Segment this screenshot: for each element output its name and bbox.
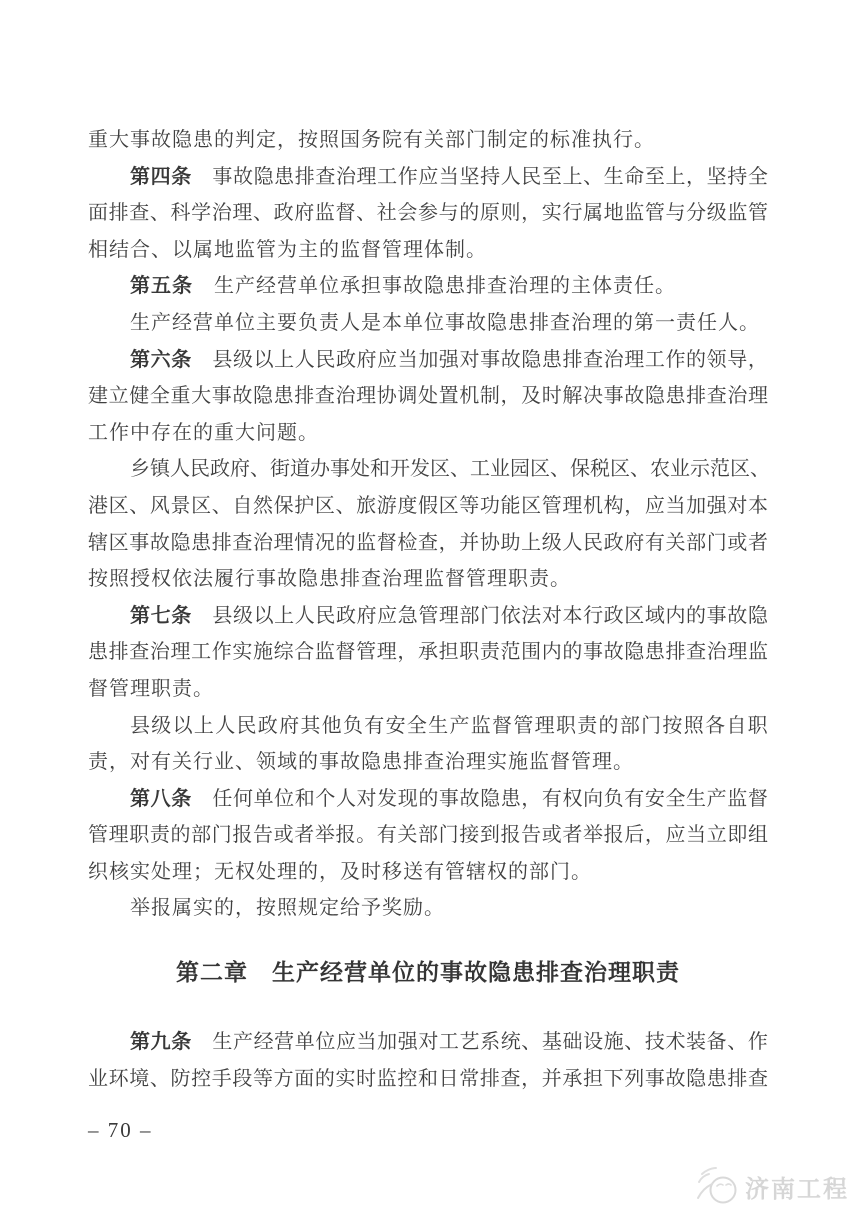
document-line: 乡镇人民政府、街道办事处和开发区、工业园区、保税区、农业示范区、 [88,451,768,488]
document-body: 重大事故隐患的判定，按照国务院有关部门制定的标准执行。第四条 事故隐患排查治理工… [88,122,768,1097]
document-line: 工作中存在的重大问题。 [88,415,768,452]
document-line: 举报属实的，按照规定给予奖励。 [88,890,768,927]
document-line: 重大事故隐患的判定，按照国务院有关部门制定的标准执行。 [88,122,768,159]
document-line: 辖区事故隐患排查治理情况的监督检查，并协助上级人民政府有关部门或者 [88,525,768,562]
document-line: 督管理职责。 [88,671,768,708]
document-line: 面排查、科学治理、政府监督、社会参与的原则，实行属地监管与分级监管 [88,195,768,232]
article-line: 第八条 任何单位和个人对发现的事故隐患，有权向负有安全生产监督 [88,781,768,818]
article-line: 第五条 生产经营单位承担事故隐患排查治理的主体责任。 [88,268,768,305]
document-line: 建立健全重大事故隐患排查治理协调处置机制，及时解决事故隐患排查治理 [88,378,768,415]
document-line: 管理职责的部门报告或者举报。有关部门接到报告或者举报后，应当立即组 [88,817,768,854]
document-line: 业环境、防控手段等方面的实时监控和日常排查，并承担下列事故隐患排查 [88,1061,768,1098]
document-page: 重大事故隐患的判定，按照国务院有关部门制定的标准执行。第四条 事故隐患排查治理工… [0,0,856,1225]
article-line: 第七条 县级以上人民政府应急管理部门依法对本行政区域内的事故隐 [88,598,768,635]
article-line: 第九条 生产经营单位应当加强对工艺系统、基础设施、技术装备、作 [88,1024,768,1061]
document-line: 按照授权依法履行事故隐患排查治理监督管理职责。 [88,561,768,598]
watermark-text: 济南工程 [745,1169,849,1204]
document-line: 患排查治理工作实施综合监督管理，承担职责范围内的事故隐患排查治理监 [88,634,768,671]
chapter-heading: 第二章 生产经营单位的事故隐患排查治理职责 [88,954,768,991]
document-line: 港区、风景区、自然保护区、旅游度假区等功能区管理机构，应当加强对本 [88,488,768,525]
article-line: 第四条 事故隐患排查治理工作应当坚持人民至上、生命至上，坚持全 [88,159,768,196]
document-line: 相结合、以属地监管为主的监督管理体制。 [88,232,768,269]
document-line: 生产经营单位主要负责人是本单位事故隐患排查治理的第一责任人。 [88,305,768,342]
article-line: 第六条 县级以上人民政府应当加强对事故隐患排查治理工作的领导， [88,342,768,379]
megaphone-icon [696,1164,742,1208]
document-line: 责，对有关行业、领域的事故隐患排查治理实施监督管理。 [88,744,768,781]
document-line: 织核实处理；无权处理的，及时移送有管辖权的部门。 [88,854,768,891]
watermark-logo: 济南工程 [696,1164,849,1208]
page-number: – 70 – [88,1118,153,1143]
document-line: 县级以上人民政府其他负有安全生产监督管理职责的部门按照各自职 [88,708,768,745]
